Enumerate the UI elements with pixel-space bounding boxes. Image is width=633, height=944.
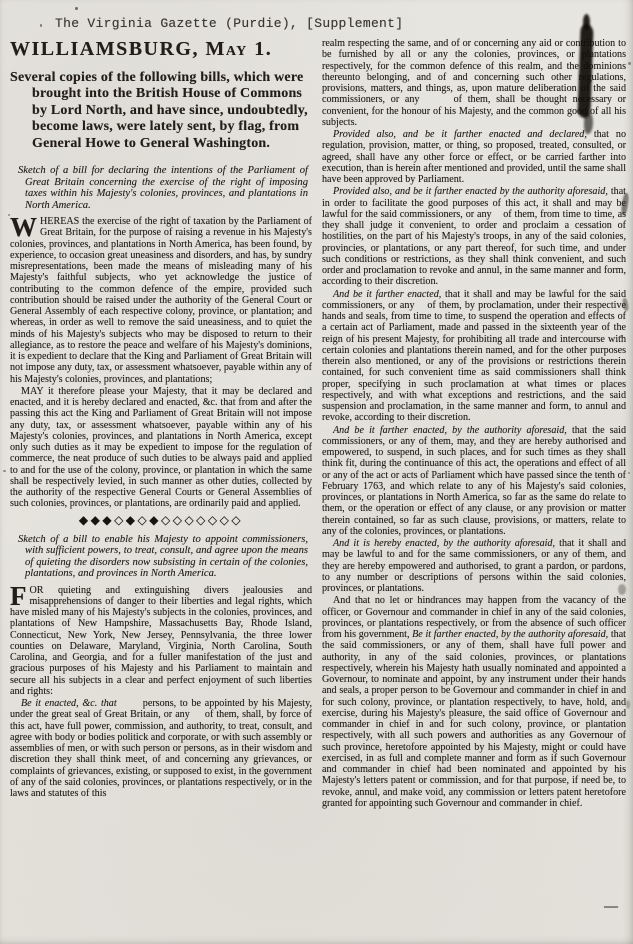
paragraph: WHEREAS the exercise of the right of tax… [10,216,312,385]
paragraph: And it is hereby enacted, by the authori… [322,538,626,594]
paper-speck [75,7,78,10]
newspaper-page-scan: The Virginia Gazette (Purdie), [Suppleme… [0,0,633,944]
drop-cap: F [10,585,30,607]
bill-sketch-heading: Sketch of a bill for declaring the inten… [18,165,308,211]
paragraph: MAY it therefore please your Majesty, th… [10,386,312,510]
left-column: WILLIAMSBURG, May 1.Several copies of th… [10,38,312,800]
end-dash-mark: — [604,899,618,915]
ornament-row: ◆◆◆◇◆◇◆◇◇◇◇◇◇◇ [10,513,312,528]
paragraph: And be it farther enacted, by the author… [322,425,626,538]
paper-speck [8,214,10,216]
archive-typed-label: The Virginia Gazette (Purdie), [Suppleme… [55,16,403,31]
paragraph: Provided also, and be it farther enacted… [322,129,626,185]
right-column: realm respecting the same, and of or con… [322,38,626,810]
paragraph: FOR quieting and extinguishing divers je… [10,585,312,698]
scan-edge-mark [626,700,630,709]
paper-speck [40,24,42,27]
bill-sketch-heading: Sketch of a bill to enable his Majesty t… [18,534,308,580]
paper-speck [628,62,631,65]
paragraph: And be it farther enacted, that it shall… [322,289,626,424]
scan-edge-mark [618,584,626,595]
paper-speck [628,472,630,474]
dateline-heading: WILLIAMSBURG, May 1. [10,38,312,61]
drop-cap: W [10,216,40,238]
intro-paragraph: Several copies of the following bills, w… [10,70,312,152]
paper-speck [3,470,6,472]
paper-speck [620,335,622,338]
paragraph: And that no let or hindrances may happen… [322,595,626,809]
paragraph: Be it enacted, &c. that persons, to be a… [10,698,312,799]
paragraph: Provided also, and be it farther enacted… [322,186,626,287]
